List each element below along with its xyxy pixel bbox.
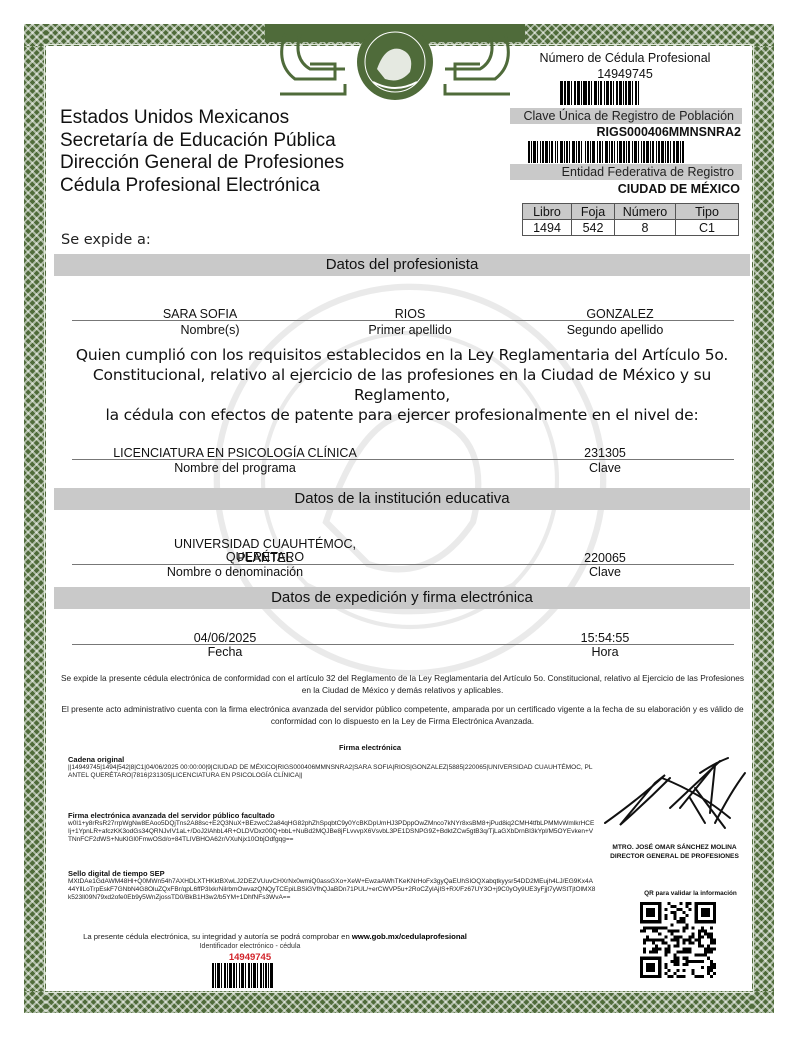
- time-seal-label: Sello digital de tiempo SEP: [68, 869, 165, 878]
- first-names-label: Nombre(s): [120, 323, 300, 337]
- registry-value-tipo: C1: [676, 220, 739, 236]
- section-professional-header: Datos del profesionista: [54, 254, 750, 276]
- curp-label: Clave Única de Registro de Población: [510, 108, 742, 124]
- statement-line: Constitucional, relativo al ejercicio de…: [54, 365, 750, 405]
- issuer-title-block: Estados Unidos Mexicanos Secretaría de E…: [60, 107, 344, 197]
- identifier-barcode-icon: [212, 963, 275, 988]
- institution-name-label: Nombre o denominación: [140, 565, 330, 579]
- divider-line: [72, 459, 734, 460]
- title-line-ministry: Secretaría de Educación Pública: [60, 130, 344, 153]
- cedula-barcode-icon: [560, 81, 642, 105]
- last-name-2-value: GONZALEZ: [540, 307, 700, 321]
- last-name-1-label: Primer apellido: [330, 323, 490, 337]
- legal-notice-2: El presente acto administrativo cuenta c…: [60, 704, 745, 727]
- entity-label: Entidad Federativa de Registro: [510, 164, 742, 180]
- program-name-value: LICENCIATURA EN PSICOLOGÍA CLÍNICA: [100, 446, 370, 460]
- registry-header-foja: Foja: [572, 204, 615, 220]
- time-seal-value: MXtDAe1GdAWM48Hl+Q0MWn54h7AXHDLXTHKktBXw…: [68, 878, 596, 903]
- registry-value-foja: 542: [572, 220, 615, 236]
- last-name-1-value: RIOS: [330, 307, 490, 321]
- issue-time-value: 15:54:55: [545, 631, 665, 645]
- title-line-document: Cédula Profesional Electrónica: [60, 175, 344, 198]
- cedula-number: 14949745: [510, 67, 740, 81]
- issue-date-label: Fecha: [160, 645, 290, 659]
- entity-value: CIUDAD DE MÉXICO: [618, 182, 740, 196]
- registry-header-libro: Libro: [523, 204, 572, 220]
- original-chain-value: ||14949745|1494|542|8|C1|04/06/2025 00:0…: [68, 764, 596, 780]
- institution-name-line2: QUERÉTARO: [150, 550, 380, 564]
- identifier-value: 14949745: [180, 952, 320, 963]
- issued-to-label: Se expide a:: [61, 232, 151, 248]
- original-chain-label: Cadena original: [68, 755, 124, 764]
- registry-header-numero: Número: [615, 204, 676, 220]
- legal-notice-1: Se expide la presente cédula electrónica…: [60, 673, 745, 696]
- institution-key-value: 220065: [545, 551, 665, 565]
- statement-line: Quien cumplió con los requisitos estable…: [54, 345, 750, 365]
- signer-title: DIRECTOR GENERAL DE PROFESIONES: [602, 853, 747, 860]
- registry-value-numero: 8: [615, 220, 676, 236]
- divider-line: [72, 320, 734, 321]
- section-issuance-header: Datos de expedición y firma electrónica: [54, 587, 750, 609]
- signer-name: MTRO. JOSÉ OMAR SÁNCHEZ MOLINA: [602, 844, 747, 851]
- registry-value-libro: 1494: [523, 220, 572, 236]
- registry-table: Libro Foja Número Tipo 1494 542 8 C1: [522, 203, 739, 236]
- registry-header-tipo: Tipo: [676, 204, 739, 220]
- handwritten-signature-icon: [600, 753, 750, 843]
- qr-label: QR para validar la información: [628, 890, 753, 897]
- qr-code-icon[interactable]: [640, 902, 716, 978]
- program-key-label: Clave: [545, 461, 665, 475]
- official-signature-label: Firma electrónica avanzada del servidor …: [68, 811, 275, 820]
- program-key-value: 231305: [545, 446, 665, 460]
- program-name-label: Nombre del programa: [130, 461, 340, 475]
- verification-link[interactable]: www.gob.mx/cedulaprofesional: [352, 932, 467, 941]
- section-institution-header: Datos de la institución educativa: [54, 488, 750, 510]
- title-line-country: Estados Unidos Mexicanos: [60, 107, 344, 130]
- coat-of-arms-icon: [265, 24, 525, 104]
- curp-value: RIGS000406MMNSNRA2: [597, 125, 742, 139]
- title-line-directorate: Dirección General de Profesiones: [60, 152, 344, 175]
- certification-statement: Quien cumplió con los requisitos estable…: [54, 345, 750, 425]
- verification-text: La presente cédula electrónica, su integ…: [83, 932, 352, 941]
- verification-notice: La presente cédula electrónica, su integ…: [60, 932, 490, 941]
- curp-barcode-icon: [528, 141, 685, 163]
- identifier-label: Identificador electrónico - cédula: [180, 943, 320, 950]
- first-names-value: SARA SOFIA: [120, 307, 280, 321]
- last-name-2-label: Segundo apellido: [535, 323, 695, 337]
- statement-line: la cédula con efectos de patente para ej…: [54, 405, 750, 425]
- issue-date-value: 04/06/2025: [160, 631, 290, 645]
- institution-key-label: Clave: [545, 565, 665, 579]
- electronic-signature-heading: Firma electrónica: [300, 743, 440, 752]
- cedula-number-label: Número de Cédula Profesional: [510, 51, 740, 65]
- official-signature-value: w0I1+y8rRsR27rrpWgNw8EAoo5DQjTns2A88sc+E…: [68, 820, 596, 845]
- issue-time-label: Hora: [545, 645, 665, 659]
